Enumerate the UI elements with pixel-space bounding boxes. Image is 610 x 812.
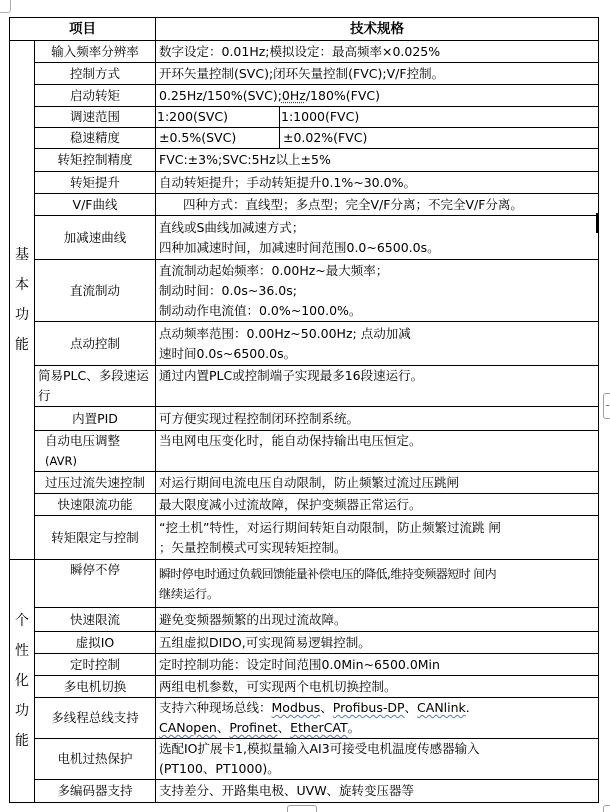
spec-text: /180%(FVC) [306,88,380,103]
table-row: 稳速精度 ±0.5%(SVC) ±0.02%(FVC) [10,128,599,149]
table-row: 个 性 化 功 能 瞬停不停 瞬时停电时通过负载回馈能量补偿电压的降低,维持变频… [10,560,599,608]
spec-cell: 点动频率范围：0.00Hz~50.00Hz; 点动加减 速时间0.0s~6500… [156,322,599,366]
spec-cell: 四种方式：直线型；多点型；完全V/F分离；不完全V/F分离。 [156,194,599,216]
table-row: 直流制动 直流制动起始频率：0.00Hz~最大频率； 制动时间：0.0s~36.… [10,260,599,322]
spec-cell: 开环矢量控制(SVC);闭环矢量控制(FVC);V/F控制。 [156,63,599,85]
item-cell: 多电机切换 [35,676,156,698]
item-cell: 多线程总线支持 [35,698,156,739]
spec-line: 四种加减速时间，加减速时间范围0.0~6500.0s。 [159,238,595,258]
bus-name: Profibus-DP [333,700,405,715]
spec-line: 制动时间：0.0s~36.0s; [159,281,595,301]
spec-cell-right: ±0.02%(FVC) [280,128,599,149]
item-cell: 输入频率分辨率 [35,41,156,63]
spellcheck-flagged-text: 0Hz [282,88,306,103]
spec-line: 选配IO扩展卡1,模拟量输入AI3可接受电机温度传感器输入 [159,739,595,759]
item-cell: V/F曲线 [35,194,156,216]
bus-name: EtherCAT [290,720,348,735]
item-cell: 虚拟IO [35,632,156,654]
separator: 、 [278,720,291,735]
spec-cell: 选配IO扩展卡1,模拟量输入AI3可接受电机温度传感器输入 (PT100、PT1… [156,739,599,780]
item-cell: 定时控制 [35,654,156,676]
table-row: 启动转矩 0.25Hz/150%(SVC);0Hz/180%(FVC) [10,85,599,107]
item-line: (AVR) [45,451,152,471]
item-cell: 转矩限定与控制 [35,516,156,560]
item-cell: 控制方式 [35,63,156,85]
separator: . [466,700,470,715]
table-row: 控制方式 开环矢量控制(SVC);闭环矢量控制(FVC);V/F控制。 [10,63,599,85]
item-cell: 内置PID [35,407,156,431]
table-row: 点动控制 点动频率范围：0.00Hz~50.00Hz; 点动加减 速时间0.0s… [10,322,599,366]
spec-cell: 可方便实现过程控制闭环控制系统。 [156,407,599,431]
spec-cell-left: ±0.5%(SVC) [156,128,280,149]
page-corner-mark [0,0,11,13]
spec-cell: 最大限度减小过流故障，保护变频器正常运行。 [156,494,599,516]
header-item: 项目 [10,18,156,41]
spec-line: CANopen、Profinet、EtherCAT。 [159,718,595,738]
spec-line: 速时间0.0s~6500.0s。 [159,344,595,364]
table-resize-handle[interactable] [603,393,610,419]
table-row: 自动电压调整 (AVR) 当电网电压变化时，能自动保持输出电压恒定。 [10,431,599,472]
table-row: 多线程总线支持 支持六种现场总线：Modbus、Profibus-DP、CANl… [10,698,599,739]
item-cell: 自动电压调整 (AVR) [35,431,156,472]
category-custom-functions: 个 性 化 功 能 [10,560,35,803]
spec-cell: FVC:±3%;SVC:5Hz以上±5% [156,149,599,172]
spec-cell: 两组电机参数，可实现两个电机切换控制。 [156,676,599,698]
item-cell: 转矩提升 [35,172,156,194]
spec-cell: 通过内置PLC或控制端子实现最多16段速运行。 [156,366,599,407]
item-cell: 直流制动 [35,260,156,322]
spec-cell: 定时控制功能：设定时间范围0.0Min~6500.0Min [156,654,599,676]
item-line: 自动电压调整 [45,431,152,451]
bus-name: Profinet [229,720,277,735]
table-row: 过压过流失速控制 对运行期间电流电压自动限制，防止频繁过流过压跳闸 [10,472,599,494]
separator: 、 [320,700,333,715]
table-row: 转矩限定与控制 “挖土机”特性，对运行期间转矩自动限制，防止频繁过流跳 闸 ；矢… [10,516,599,560]
item-cell: 瞬停不停 [35,560,156,608]
table-row: 基 本 功 能 输入频率分辨率 数字设定：0.01Hz;模拟设定：最高频率×0.… [10,41,599,63]
spec-line: 瞬时停电时通过负载回馈能量补偿电压的降低,维持变频器短时 间内 [159,564,595,584]
spec-line: (PT100、PT1000)。 [159,759,595,779]
table-row: 快速限流功能 最大限度减小过流故障，保护变频器正常运行。 [10,494,599,516]
item-cell: 电机过热保护 [35,739,156,780]
separator: 、 [217,720,230,735]
spec-line: 直流制动起始频率：0.00Hz~最大频率； [159,261,595,281]
separator: 。 [348,720,361,735]
table-row: 加减速曲线 直线或S曲线加减速方式； 四种加减速时间，加减速时间范围0.0~65… [10,216,599,260]
bus-name: CANlink [417,700,466,715]
spec-line: 直线或S曲线加减速方式； [159,218,595,238]
spec-line: 点动频率范围：0.00Hz~50.00Hz; 点动加减 [159,324,595,344]
item-cell: 快速限流功能 [35,494,156,516]
table-row: 内置PID 可方便实现过程控制闭环控制系统。 [10,407,599,431]
spec-line: 制动动作电流值：0.0%~100.0%。 [159,301,595,321]
spec-line: ；矢量控制模式可实现转矩控制。 [159,538,595,558]
table-row: V/F曲线 四种方式：直线型；多点型；完全V/F分离；不完全V/F分离。 [10,194,599,216]
spec-cell: 支持六种现场总线：Modbus、Profibus-DP、CANlink. CAN… [156,698,599,739]
category-basic-functions: 基 本 功 能 [10,41,35,560]
item-cell: 快速限流 [35,608,156,632]
header-spec: 技术规格 [156,18,599,41]
spec-cell: 直线或S曲线加减速方式； 四种加减速时间，加减速时间范围0.0~6500.0s。 [156,216,599,260]
item-cell: 点动控制 [35,322,156,366]
spec-cell: 数字设定：0.01Hz;模拟设定：最高频率×0.025% [156,41,599,63]
table-row: 调速范围 1:200(SVC) 1:1000(FVC) [10,107,599,128]
add-row-handle[interactable] [287,805,317,812]
item-cell: 过压过流失速控制 [35,472,156,494]
spec-table: 项目 技术规格 基 本 功 能 输入频率分辨率 数字设定：0.01Hz;模拟设定… [9,17,599,803]
spec-cell: 支持差分、开路集电极、UVW、旋转变压器等 [156,780,599,803]
bus-name: CANopen [159,720,217,735]
table-row: 多电机切换 两组电机参数，可实现两个电机切换控制。 [10,676,599,698]
item-cell: 转矩控制精度 [35,149,156,172]
table-row: 快速限流 避免变频器频繁的出现过流故障。 [10,608,599,632]
table-header-row: 项目 技术规格 [10,18,599,41]
spec-cell: 直流制动起始频率：0.00Hz~最大频率； 制动时间：0.0s~36.0s; 制… [156,260,599,322]
spec-cell-left: 1:200(SVC) [156,107,280,128]
table-corner-handle[interactable] [603,805,610,812]
table-row: 转矩提升 自动转矩提升；手动转矩提升0.1%~30.0%。 [10,172,599,194]
spec-cell: 0.25Hz/150%(SVC);0Hz/180%(FVC) [156,85,599,107]
table-row: 定时控制 定时控制功能：设定时间范围0.0Min~6500.0Min [10,654,599,676]
spec-cell: 对运行期间电流电压自动限制，防止频繁过流过压跳闸 [156,472,599,494]
spec-text: 0.25Hz/150%(SVC); [159,88,282,103]
bus-name: Modbus [272,700,321,715]
table-row: 简易PLC、多段速运行 通过内置PLC或控制端子实现最多16段速运行。 [10,366,599,407]
separator: 、 [405,700,418,715]
spec-cell: 避免变频器频繁的出现过流故障。 [156,608,599,632]
spec-line: 继续运行。 [159,584,595,604]
spec-line: 支持六种现场总线：Modbus、Profibus-DP、CANlink. [159,698,595,718]
item-cell: 调速范围 [35,107,156,128]
item-cell: 加减速曲线 [35,216,156,260]
spec-cell: 瞬时停电时通过负载回馈能量补偿电压的降低,维持变频器短时 间内 继续运行。 [156,560,599,608]
spec-cell: 自动转矩提升；手动转矩提升0.1%~30.0%。 [156,172,599,194]
table-row: 电机过热保护 选配IO扩展卡1,模拟量输入AI3可接受电机温度传感器输入 (PT… [10,739,599,780]
spec-cell: “挖土机”特性，对运行期间转矩自动限制，防止频繁过流跳 闸 ；矢量控制模式可实现… [156,516,599,560]
item-cell: 多编码器支持 [35,780,156,803]
table-row: 多编码器支持 支持差分、开路集电极、UVW、旋转变压器等 [10,780,599,803]
spec-line: “挖土机”特性，对运行期间转矩自动限制，防止频繁过流跳 闸 [159,518,595,538]
spec-text: 支持六种现场总线： [159,700,272,715]
spec-cell: 当电网电压变化时，能自动保持输出电压恒定。 [156,431,599,472]
item-cell: 启动转矩 [35,85,156,107]
item-cell: 稳速精度 [35,128,156,149]
table-row: 虚拟IO 五组虚拟DIDO,可实现简易逻辑控制。 [10,632,599,654]
spec-cell-right: 1:1000(FVC) [280,107,599,128]
spec-cell: 五组虚拟DIDO,可实现简易逻辑控制。 [156,632,599,654]
table-row: 转矩控制精度 FVC:±3%;SVC:5Hz以上±5% [10,149,599,172]
item-cell: 简易PLC、多段速运行 [35,366,156,407]
